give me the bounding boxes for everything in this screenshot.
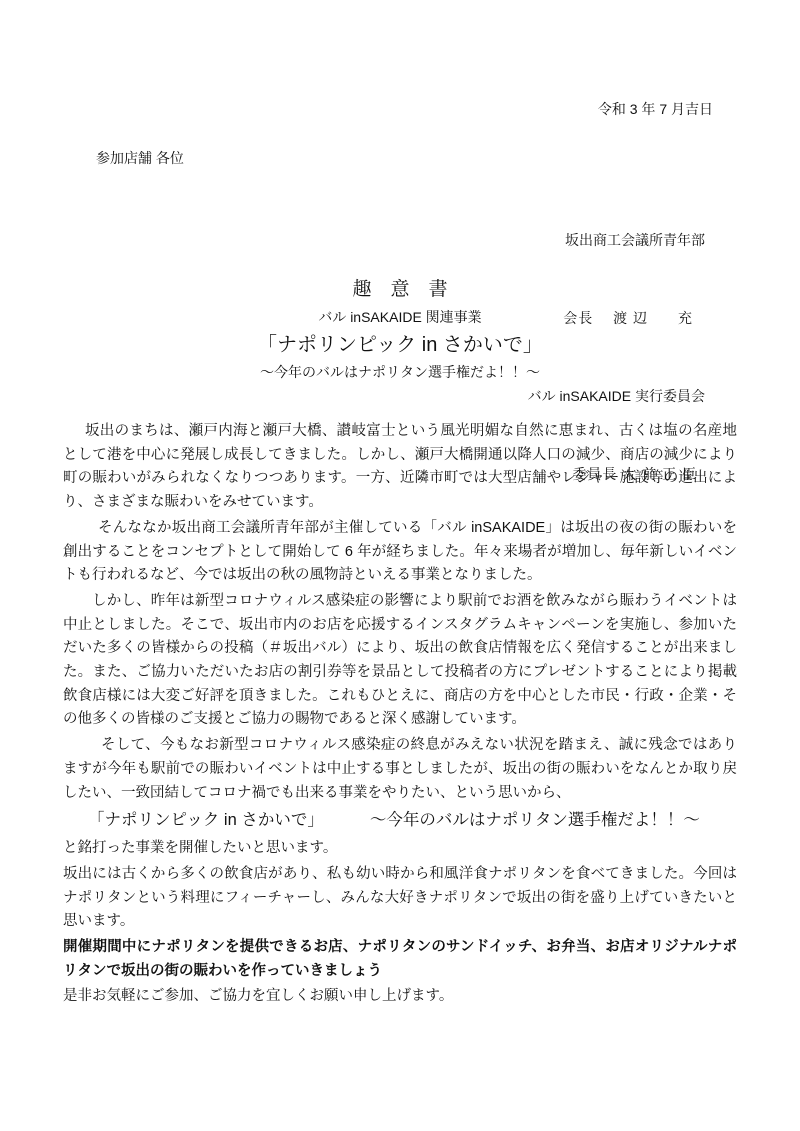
paragraph-closing: 是非お気軽にご参加、ご協力を宜しくお願い申し上げます。 <box>63 985 737 1009</box>
document-body: 坂出のまちは、瀬戸内海と瀬戸大橋、讃岐富士という風光明媚な自然に恵まれ、古くは塩… <box>63 420 737 1011</box>
event-tagline: ～今年のバルはナポリタン選手権だよ！！～ <box>0 362 800 382</box>
paragraph-city-intro: 坂出のまちは、瀬戸内海と瀬戸大橋、讃岐富士という風光明媚な自然に恵まれ、古くは塩… <box>63 420 737 515</box>
document-title: 趣 意 書 <box>0 278 800 302</box>
related-project-line: バル inSAKAIDE 関連事業 <box>0 308 800 327</box>
paragraph-call-to-action: 開催期間中にナポリタンを提供できるお店、ナポリタンのサンドイッチ、お弁当、お店オ… <box>63 936 737 983</box>
paragraph-covid-lastyear: しかし、昨年は新型コロナウィルス感染症の影響により駅前でお酒を飲みながら賑わうイ… <box>63 590 737 732</box>
paragraph-napolitan: 坂出には古くから多くの飲食店があり、私も幼い時から和風洋食ナポリタンを食べてきま… <box>63 863 737 934</box>
slogan-tagline: ～今年のバルはナポリタン選手権だよ！！～ <box>370 811 700 829</box>
event-name-heading: 「ナポリンピック in さかいで」 <box>0 331 800 359</box>
recipient-line: 参加店舗 各位 <box>96 149 184 167</box>
sender-committee: バル inSAKAIDE 実行委員会 <box>528 383 705 409</box>
slogan-line: 「ナポリンピック in さかいで」～今年のバルはナポリタン選手権だよ！！～ <box>63 807 737 834</box>
paragraph-naming: と銘打った事業を開催したいと思います。 <box>63 837 737 861</box>
title-block: 趣 意 書 バル inSAKAIDE 関連事業 「ナポリンピック in さかいで… <box>0 278 800 382</box>
paragraph-bar-history: そんななか坂出商工会議所青年部が主催している「バル inSAKAIDE」は坂出の… <box>63 517 737 588</box>
slogan-heading: 「ナポリンピック in さかいで」 <box>88 811 324 829</box>
paragraph-covid-thisyear: そして、今もなお新型コロナウィルス感染症の終息がみえない状況を踏まえ、誠に残念で… <box>63 734 737 805</box>
sender-organization: 坂出商工会議所青年部 <box>528 227 705 253</box>
document-page: 令和 3 年 7 月吉日 参加店舗 各位 坂出商工会議所青年部 会長 渡 辺 充… <box>0 0 800 1131</box>
date-line: 令和 3 年 7 月吉日 <box>598 100 713 118</box>
